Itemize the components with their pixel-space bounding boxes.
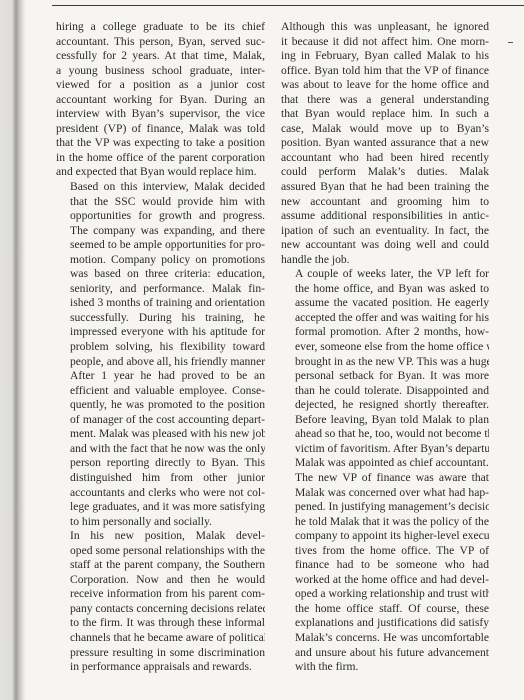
text-line: receive information from his parent com- [56, 587, 265, 602]
text-line: accepted the offer and was waiting for h… [281, 311, 489, 326]
text-line: cessfully for 2 years. At that time, Mal… [56, 49, 265, 64]
text-line: it because it did not affect him. One mo… [281, 35, 489, 50]
text-line: The new VP of finance was aware that [281, 471, 489, 486]
text-line: personal setback for Byan. It was more [281, 369, 489, 384]
text-line: was about to leave for the home office a… [281, 78, 489, 93]
text-line: than he could tolerate. Disappointed and [281, 384, 489, 399]
text-line: brought in as the new VP. This was a hug… [281, 355, 489, 370]
text-line: that the VP was expecting to take a posi… [56, 136, 265, 151]
text-line: accountant working for Byan. During an [56, 93, 265, 108]
text-line: Corporation. Now and then he would [56, 573, 265, 588]
margin-mark [508, 42, 513, 43]
text-line: seniority, and performance. Malak fin- [56, 282, 265, 297]
text-line: distinguished him from other junior [56, 471, 265, 486]
text-line: ever, someone else from the home office … [281, 340, 489, 355]
text-line: people, and above all, his friendly mann… [56, 355, 265, 370]
text-line: Malak was concerned over what had hap- [281, 486, 489, 501]
text-line: new accountant and grooming him to [281, 195, 489, 210]
text-line: dejected, he resigned shortly thereafter… [281, 398, 489, 413]
text-line: The company was expanding, and there [56, 224, 265, 239]
paragraph: In his new position, Malak devel-oped so… [56, 529, 265, 674]
text-line: ished 3 months of training and orientati… [56, 296, 265, 311]
text-line: and unsure about his future advancement [281, 646, 489, 661]
text-line: explanations and justifications did sati… [281, 616, 489, 631]
text-line: and with the fact that he now was the on… [56, 442, 265, 457]
text-line: worked at the home office and had devel- [281, 573, 489, 588]
text-line: staff at the parent company, the Souther… [56, 558, 265, 573]
text-line: was based on three criteria: education, [56, 267, 265, 282]
text-line: oped a working relationship and trust wi… [281, 587, 489, 602]
text-line: problem solving, his flexibility toward [56, 340, 265, 355]
text-line: Malak was appointed as chief accountant. [281, 456, 489, 471]
text-line: with the firm. [281, 660, 489, 675]
paragraph: After 1 year he had proved to be aneffic… [56, 369, 265, 529]
text-line: could perform Malak’s duties. Malak [281, 165, 489, 180]
text-line: company to appoint its higher-level exec… [281, 529, 489, 544]
paragraph: Based on this interview, Malak decidedth… [56, 180, 265, 369]
text-line: accountant. This person, Byan, served su… [56, 35, 265, 50]
text-line: assume the vacated position. He eagerly [281, 296, 489, 311]
text-line: finance had to be someone who had [281, 558, 489, 573]
text-line: pany contacts concerning decisions relat… [56, 602, 265, 617]
text-line: in performance appraisals and rewards. [56, 660, 265, 675]
text-line: victim of favoritism. After Byan’s depar… [281, 442, 489, 457]
book-binding-shadow [0, 0, 26, 700]
text-line: assured Byan that he had been training t… [281, 180, 489, 195]
text-line: the home office, and Byan was asked to [281, 282, 489, 297]
text-line: person reporting directly to Byan. This [56, 456, 265, 471]
text-line: pened. In justifying management’s decisi… [281, 500, 489, 515]
text-line: in the home office of the parent corpora… [56, 151, 265, 166]
text-line: position. Byan wanted assurance that a n… [281, 136, 489, 151]
text-line: accountant who had been hired recently [281, 151, 489, 166]
text-line: A couple of weeks later, the VP left for [281, 267, 489, 282]
text-line: office. Byan told him that the VP of fin… [281, 64, 489, 79]
right-column: Although this was unpleasant, he ignored… [281, 20, 489, 675]
text-line: of manager of the cost accounting depart… [56, 413, 265, 428]
paragraph: Although this was unpleasant, he ignored… [281, 20, 489, 267]
text-line: accountants and clerks who were not col- [56, 486, 265, 501]
text-line: Before leaving, Byan told Malak to plan [281, 413, 489, 428]
text-line: ipation of such an eventuality. In fact,… [281, 224, 489, 239]
header-rule [52, 5, 524, 6]
text-line: interview with Byan’s supervisor, the vi… [56, 107, 265, 122]
text-line: a young business school graduate, inter- [56, 64, 265, 79]
text-line: case, Malak would move up to Byan’s [281, 122, 489, 137]
text-line: oped some personal relationships with th… [56, 544, 265, 559]
text-line: to him personally and socially. [56, 515, 265, 530]
text-line: tives from the home office. The VP of [281, 544, 489, 559]
text-line: to the firm. It was through these inform… [56, 616, 265, 631]
text-line: pressure resulting in some discriminatio… [56, 646, 265, 661]
text-line: and expected that Byan would replace him… [56, 165, 265, 180]
text-line: Based on this interview, Malak decided [56, 180, 265, 195]
text-line: quently, he was promoted to the position [56, 398, 265, 413]
text-line: lege graduates, and it was more satisfyi… [56, 500, 265, 515]
paragraph: A couple of weeks later, the VP left for… [281, 267, 489, 471]
text-line: that the SSC would provide him with [56, 195, 265, 210]
text-line: ing in February, Byan called Malak to hi… [281, 49, 489, 64]
text-line: hiring a college graduate to be its chie… [56, 20, 265, 35]
text-line: After 1 year he had proved to be an [56, 369, 265, 384]
text-line: viewed for a position as a junior cost [56, 78, 265, 93]
left-column: hiring a college graduate to be its chie… [56, 20, 265, 675]
text-line: impressed everyone with his aptitude for [56, 325, 265, 340]
text-line: new accountant was doing well and could [281, 238, 489, 253]
text-line: that Byan would replace him. In such a [281, 107, 489, 122]
text-line: Although this was unpleasant, he ignored [281, 20, 489, 35]
text-line: president (VP) of finance, Malak was tol… [56, 122, 265, 137]
text-line: opportunities for growth and progress. [56, 209, 265, 224]
text-line: successfully. During his training, he [56, 311, 265, 326]
text-line: ahead so that he, too, would not become … [281, 427, 489, 442]
text-line: assume additional responsibilities in an… [281, 209, 489, 224]
text-line: motion. Company policy on promotions [56, 253, 265, 268]
text-line: ment. Malak was pleased with his new job [56, 427, 265, 442]
text-line: seemed to be ample opportunities for pro… [56, 238, 265, 253]
text-line: In his new position, Malak devel- [56, 529, 265, 544]
text-line: handle the job. [281, 253, 489, 268]
text-line: the home office staff. Of course, these [281, 602, 489, 617]
text-line: that there was a general understanding [281, 93, 489, 108]
text-line: formal promotion. After 2 months, how- [281, 325, 489, 340]
text-line: Malak’s concerns. He was uncomfortable [281, 631, 489, 646]
text-line: he told Malak that it was the policy of … [281, 515, 489, 530]
paragraph: hiring a college graduate to be its chie… [56, 20, 265, 180]
text-line: channels that he became aware of politic… [56, 631, 265, 646]
paragraph: The new VP of finance was aware thatMala… [281, 471, 489, 675]
text-line: efficient and valuable employee. Conse- [56, 384, 265, 399]
